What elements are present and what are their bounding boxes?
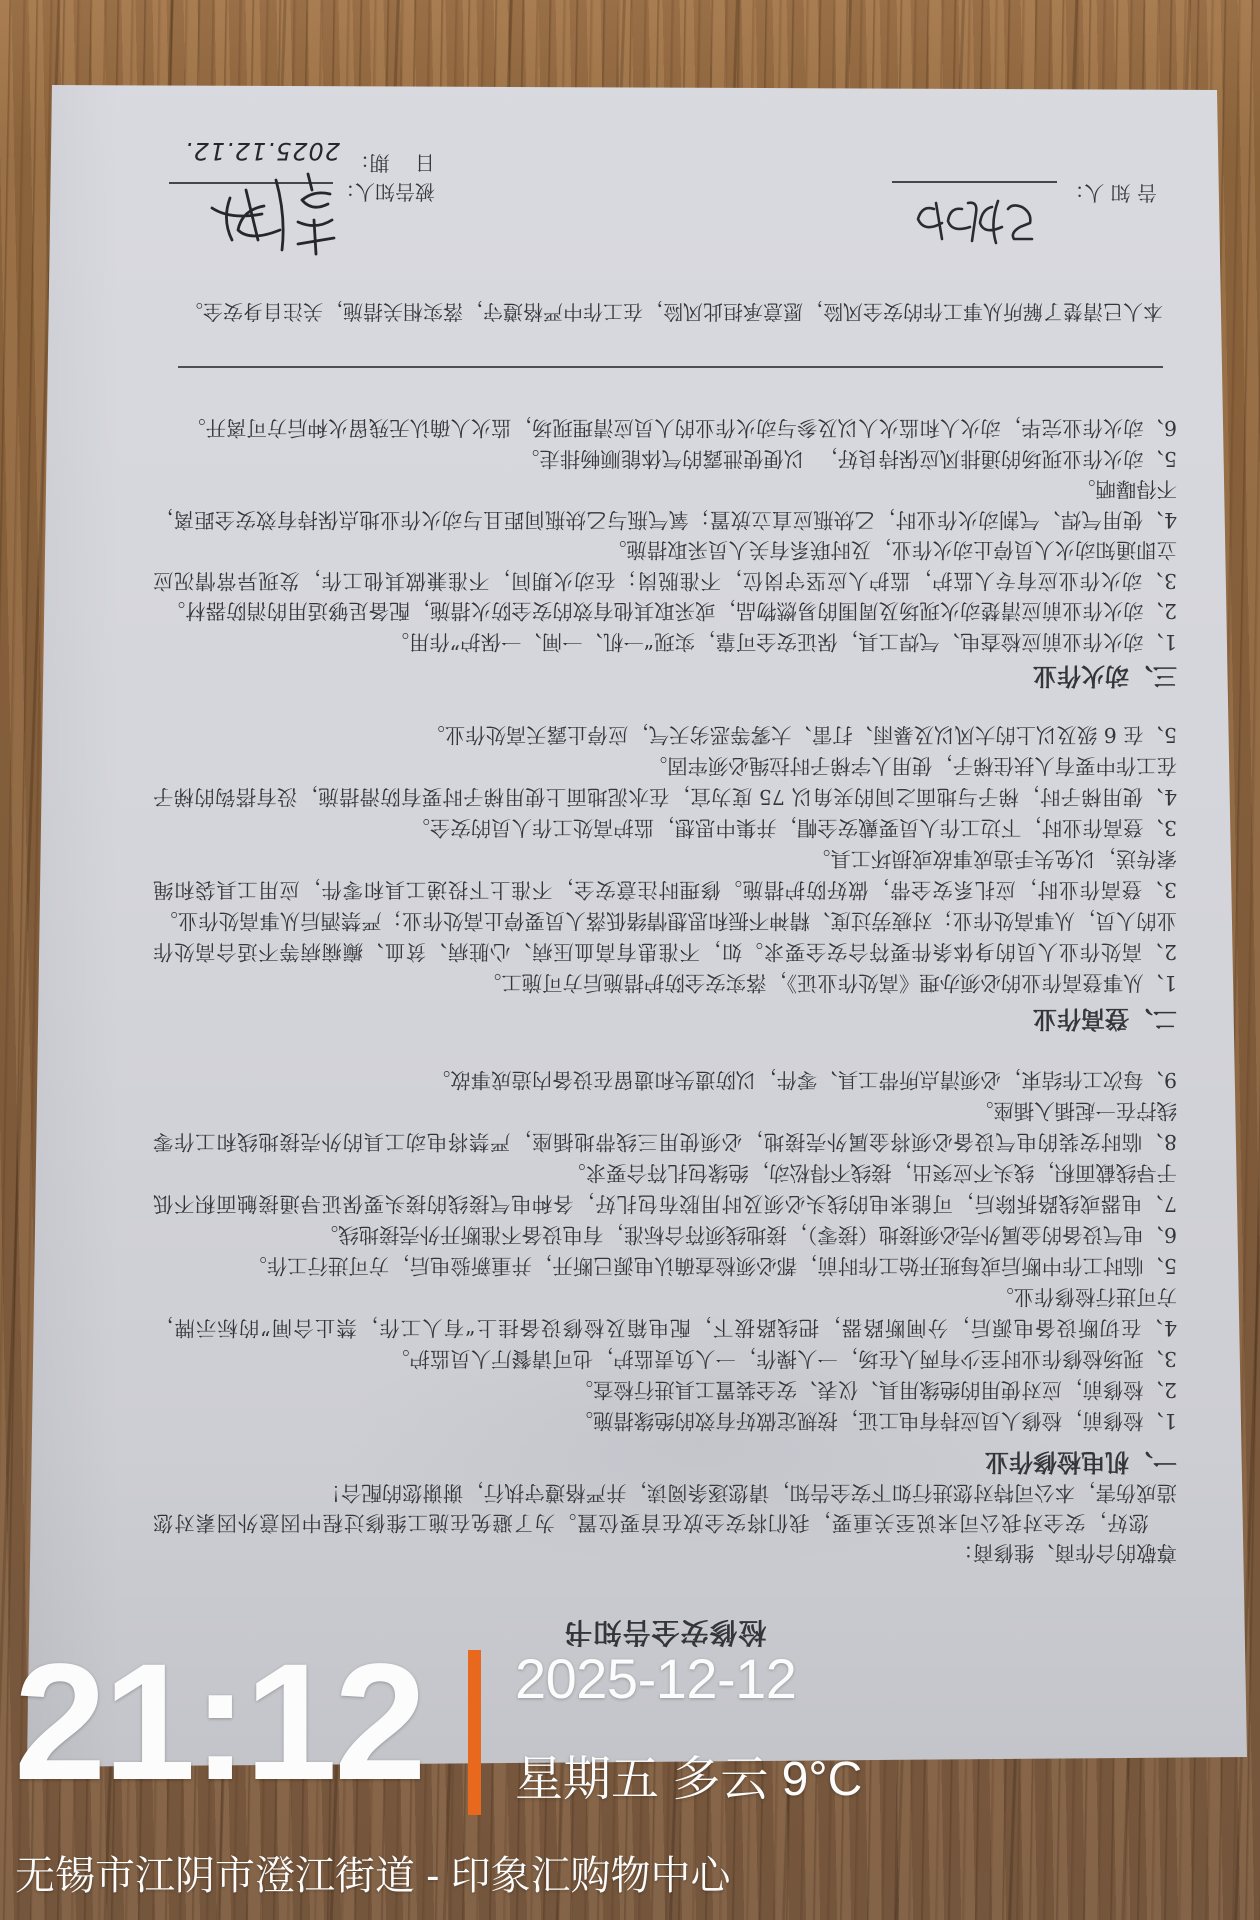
list-item-continued: 索传送，以免失手造成事故或损坏工具。 (153, 843, 1177, 874)
acknowledgement-statement: 本人已清楚了解所从事工作的安全风险，愿意承担此风险，在工作中严格遵守，落实相关措… (183, 297, 1163, 327)
list-item: 9、每次工作结束，必须清点所带工具、零件，以防遗失和遗留在设备内造成事故。 (153, 1064, 1177, 1095)
notifier-label: 告 知 人： (1064, 180, 1157, 206)
list-item-continued: 不得曝晒。 (153, 474, 1177, 505)
section-items-hot-work: 1、动火作业前应检查电、气焊工具，保证安全可靠，实现“一机、一闸、一保护”作用。… (153, 413, 1177, 657)
list-item-continued: 线拧在一起插入插座。 (153, 1095, 1177, 1126)
list-item: 5、临时工作中断后或每班开始工作时前，都必须检查确认电源已断开，并重新验电后，方… (153, 1250, 1177, 1281)
safety-notice-document: 检修安全告知书 尊敬的合作商、维修商： 您好，安全对我公司来说至关重要，我们将安… (52, 88, 1240, 1772)
list-item: 4、使用气焊、气割动火作业时，乙炔瓶应直立放置；氧气瓶与乙炔瓶间距且与动火作业地… (153, 505, 1177, 536)
list-item: 4、使用梯子时，梯子与地面之间的夹角以 75 度为宜，在水泥地面上使用梯子时要有… (153, 781, 1177, 812)
handwritten-date: 2025.12.12. (184, 138, 340, 164)
list-item: 5、在 6 级及以上的大风以及暴雨、打雷、大雾等恶劣天气，应停止露天高处作业。 (153, 719, 1177, 750)
list-item: 2、高处作业人员的身体条件要符合安全要求。如，不准患有高血压病、心脏病、贫血、癫… (153, 936, 1177, 967)
list-item-continued: 于导线截面积，线头不应突出，接线不得松动，绝缘包扎符合要求。 (153, 1157, 1177, 1188)
list-item: 3、动火作业应有专人监护，监护人应坚守岗位，不准脱岗；在动火期间，不准兼做其他工… (153, 566, 1177, 597)
list-item-continued: 立即通知动火人员停止动火作业，及时联系有关人员采取措施。 (153, 535, 1177, 566)
watermark-weekday-weather: 星期五 多云 9°C (515, 1752, 862, 1808)
list-item: 1、检修前，检修人员应持有电工证，按规定做好有效的绝缘措施。 (153, 1405, 1177, 1436)
watermark-location: 无锡市江阴市澄江街道 - 印象汇购物中心 (15, 1852, 731, 1900)
list-item: 3、现场检修作业时至少有两人在场，一人操作，一人负责监护，也可请餐厅人员监护。 (153, 1343, 1177, 1374)
list-item: 2、检修前，应对使用的绝缘用具、仪表、安全装置工具进行检查。 (153, 1374, 1177, 1405)
list-item: 8、临时安装的电气设备必须将金属外壳接地，必须使用三线带地插座，严禁将电动工具的… (153, 1126, 1177, 1157)
intro-line: 造成伤害，本公司特对您进行如下安全告知，请您逐条阅读，并严格遵守执行，谢谢您的配… (153, 1478, 1177, 1508)
notified-handwritten-signature (194, 170, 342, 260)
divider-line (178, 366, 1163, 368)
list-item: 1、从事登高作业的必须办理《高处作业证》，落实安全防护措施后方可施工。 (153, 967, 1177, 998)
list-item: 1、动火作业前应检查电、气焊工具，保证安全可靠，实现“一机、一闸、一保护”作用。 (153, 627, 1177, 658)
list-item: 2、动火作业前应清楚动火现场及周围的易燃物品，或采取其他有效的安全防火措施，配备… (153, 596, 1177, 627)
list-item: 7、电器或线路拆除后，可能来电的线头必须及时用胶布包扎好，各种电气接线的接头要保… (153, 1188, 1177, 1219)
section-heading-work-at-height: 二、登高作业 (1033, 1003, 1177, 1035)
list-item-continued: 在工作中要有人扶住梯子，使用人字梯子时拉绳必须牢固。 (153, 750, 1177, 781)
list-item-continued: 业的人员，从事高处作业；对疲劳过度、精神不振和思想情绪低落人员要停止高处作业；严… (153, 905, 1177, 936)
section-heading-hot-work: 三、动火作业 (1033, 660, 1177, 692)
list-item: 3、登高作业时，应扎系安全带，做好防护措施。修理时注意安全，不准上下投递工具和零… (153, 874, 1177, 905)
list-item: 6、电气设备的金属外壳必须接地（接零），接地线须符合标准，有电设备不准断开外壳接… (153, 1219, 1177, 1250)
salutation: 尊敬的合作商、维修商： (153, 1538, 1177, 1568)
section-heading-electrical: 一、机电检修作业 (985, 1446, 1177, 1478)
greeting-block: 尊敬的合作商、维修商： 您好，安全对我公司来说至关重要，我们将安全放在首要位置。… (153, 1478, 1177, 1568)
list-item: 3、登高作业时，下边工作人员要戴安全帽，并集中思想，监护高处工作人员的安全。 (153, 812, 1177, 843)
notified-label: 被告知人： (335, 179, 435, 205)
list-item: 5、动火作业现场的通排风应保持良好， 以便使泄露的气体能顺畅排走。 (153, 444, 1177, 475)
watermark-accent-bar (468, 1650, 481, 1815)
date-label: 日 期： (350, 150, 435, 176)
list-item: 6、动火作业完毕，动火人和监火人以及参与动火作业的人员应清理现场，监火人确认无残… (153, 413, 1177, 444)
section-items-work-at-height: 1、从事登高作业的必须办理《高处作业证》，落实安全防护措施后方可施工。 2、高处… (153, 719, 1177, 998)
notifier-handwritten-signature (912, 195, 1042, 253)
list-item-continued: 方可进行检修作业。 (153, 1281, 1177, 1312)
watermark-date: 2025-12-12 (515, 1651, 796, 1707)
section-items-electrical: 1、检修前，检修人员应持有电工证，按规定做好有效的绝缘措施。 2、检修前，应对使… (153, 1064, 1177, 1436)
notifier-signature-line (892, 181, 1057, 183)
intro-line: 您好，安全对我公司来说至关重要，我们将安全放在首要位置。为了避免在施工维修过程中… (153, 1508, 1177, 1538)
watermark-time: 21:12 (14, 1640, 424, 1806)
list-item: 4、在切断设备电源后，分闸断路器，把线路拔下，配电箱及检修设备挂上“有人工作，禁… (153, 1312, 1177, 1343)
